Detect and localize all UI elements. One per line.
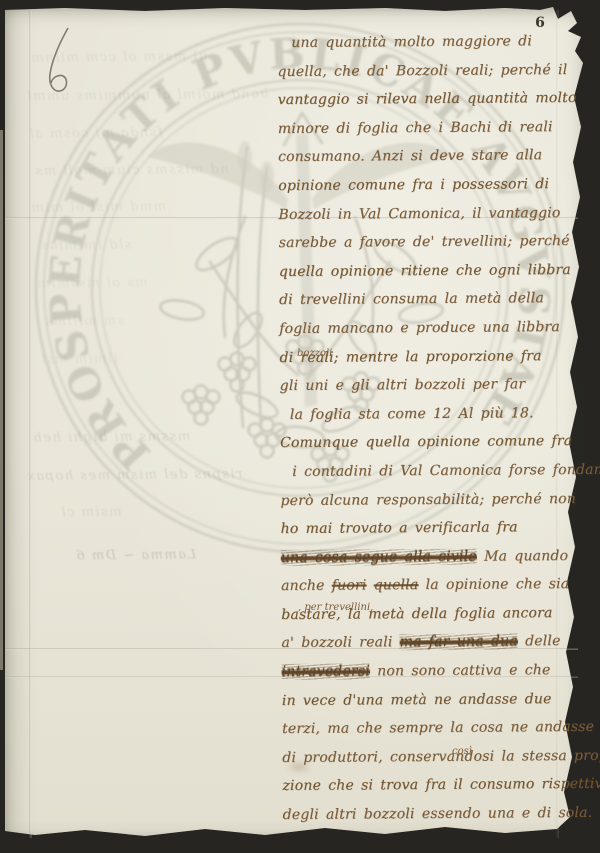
verso-showthrough-line: fsnda mj cosm al	[28, 125, 163, 141]
interlinear-insertion: bozzoli	[297, 348, 332, 359]
verso-showthrough-line: mmd misl ol mim	[30, 199, 166, 215]
manuscript-line: terzi, ma che sempre la cosa ne andasse	[282, 719, 574, 750]
interlinear-insertion: così	[452, 746, 472, 757]
manuscript-line: di trevellini consuma la metà della	[279, 290, 571, 321]
manuscript-text: una quantità molto maggiore diquella, ch…	[277, 33, 575, 836]
verso-showthrough-line: nd missms cium moll ms	[34, 162, 229, 179]
manuscript-line: zione che si trova fra il consumo rispet…	[282, 776, 574, 807]
manuscript-line: opinione comune fra i possessori di	[278, 176, 570, 207]
struck-out-text: ma far una dua	[400, 634, 518, 651]
manuscript-line: i contadini di Val Camonica forse fondan	[280, 462, 572, 493]
manuscript-line: vantaggio si rileva nella quantità molto	[278, 90, 570, 121]
verso-showthrough-line: sld im mias	[40, 238, 131, 254]
manuscript-line: ho mai trovato a verificarla fra	[281, 519, 573, 550]
verso-showthrough-line: ms ol mssmim	[36, 275, 148, 291]
manuscript-line: degli altri bozzoli essendo una e di sol…	[283, 805, 575, 836]
manuscript-line: foglia mancano e produce una libbra	[279, 319, 571, 350]
manuscript-line: una quantità molto maggiore di	[277, 33, 569, 64]
verso-showthrough-line: Lamma ~ Dm 6	[75, 547, 196, 563]
adjacent-page-edge	[0, 130, 3, 670]
manuscript-line: però alcuna responsabilità; perché non	[280, 490, 572, 521]
printed-page-number: 6	[531, 15, 549, 31]
manuscript-line: intravedersi non sono cattiva e che	[282, 662, 574, 693]
manuscript-line: Comunque quella opinione comune fra	[280, 433, 572, 464]
manuscript-line: gli uni e gli altri bozzoli per far	[280, 376, 572, 407]
scanned-manuscript-page: PROSPERITATI PVBLICAE AVGVSTAE	[0, 0, 600, 853]
manuscript-line: di produttori, conservandosi la stessa p…	[282, 748, 574, 779]
manuscript-line: quella opinione ritiene che ogni libbra	[279, 262, 571, 293]
manuscript-line: la foglia sta come 12 Al più 18.	[280, 405, 572, 436]
struck-out-text: fuori	[332, 578, 367, 594]
verso-showthrough-line: mssms mi bighi heb	[32, 429, 190, 446]
verso-showthrough-line: msim cl	[60, 505, 122, 521]
verso-showthrough-line: ilmim msl	[40, 352, 118, 368]
manuscript-line: a' bozzoli reali ma far una dua delle	[281, 633, 573, 664]
interlinear-insertion: , per trevellini,	[298, 602, 373, 613]
manuscript-line: una cosa segue alla civile Ma quando	[281, 548, 573, 579]
struck-out-text: intravedersi	[282, 663, 370, 680]
handwritten-folio-number	[38, 22, 78, 97]
verso-showthrough-line: sm mllims	[44, 314, 125, 330]
verso-showthrough-line: rispns del mism mes hopax	[26, 467, 243, 484]
manuscript-line: consumano. Anzi si deve stare alla	[278, 147, 570, 178]
manuscript-line: sarebbe a favore de' trevellini; perché	[279, 233, 571, 264]
fold-crease-vertical	[29, 10, 32, 838]
struck-out-text: una cosa segue alla civile	[281, 548, 477, 565]
manuscript-line: quella, che da' Bozzoli reali; perché il	[277, 62, 569, 93]
manuscript-line: minore di foglia che i Bachi di reali	[278, 119, 570, 150]
manuscript-line: in vece d'una metà ne andasse due	[282, 691, 574, 722]
struck-out-text: quella	[374, 577, 419, 593]
manuscript-line: Bozzoli in Val Camonica, il vantaggio	[278, 205, 570, 236]
